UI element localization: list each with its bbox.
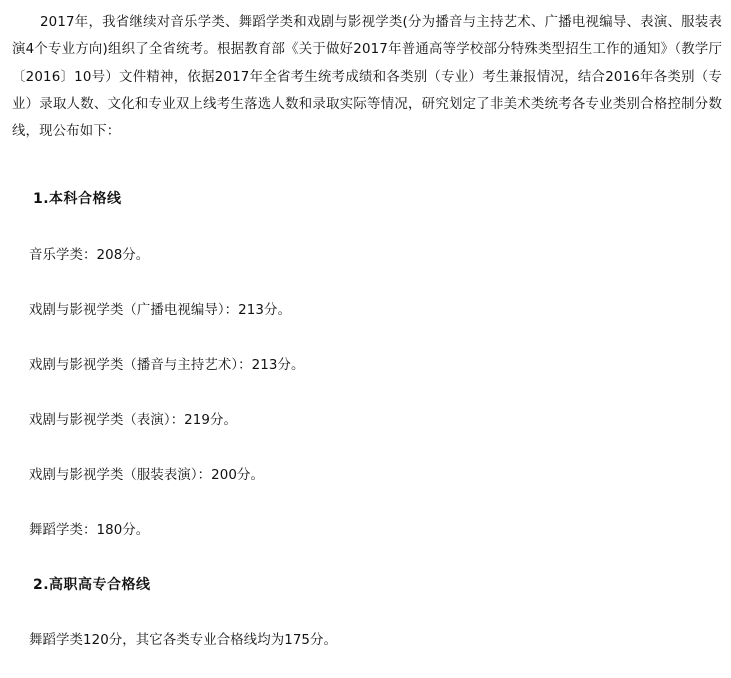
intro-paragraph: 2017年，我省继续对音乐学类、舞蹈学类和戏剧与影视学类(分为播音与主持艺术、广… (12, 9, 722, 145)
score-line-broadcasting-hosting: 戏剧与影视学类（播音与主持艺术）：213分。 (29, 354, 304, 373)
score-line-dance: 舞蹈学类：180分。 (29, 519, 149, 538)
score-line-vocational: 舞蹈学类120分，其它各类专业合格线均为175分。 (29, 629, 337, 648)
document-body: 2017年，我省继续对音乐学类、舞蹈学类和戏剧与影视学类(分为播音与主持艺术、广… (12, 9, 722, 145)
score-line-music: 音乐学类：208分。 (29, 244, 149, 263)
score-line-acting: 戏剧与影视学类（表演）：219分。 (29, 409, 237, 428)
score-line-broadcast-directing: 戏剧与影视学类（广播电视编导）：213分。 (29, 299, 291, 318)
section-heading-undergraduate: 1.本科合格线 (33, 188, 122, 208)
section-heading-vocational: 2.高职高专合格线 (33, 574, 151, 594)
score-line-fashion-performance: 戏剧与影视学类（服装表演）：200分。 (29, 464, 264, 483)
